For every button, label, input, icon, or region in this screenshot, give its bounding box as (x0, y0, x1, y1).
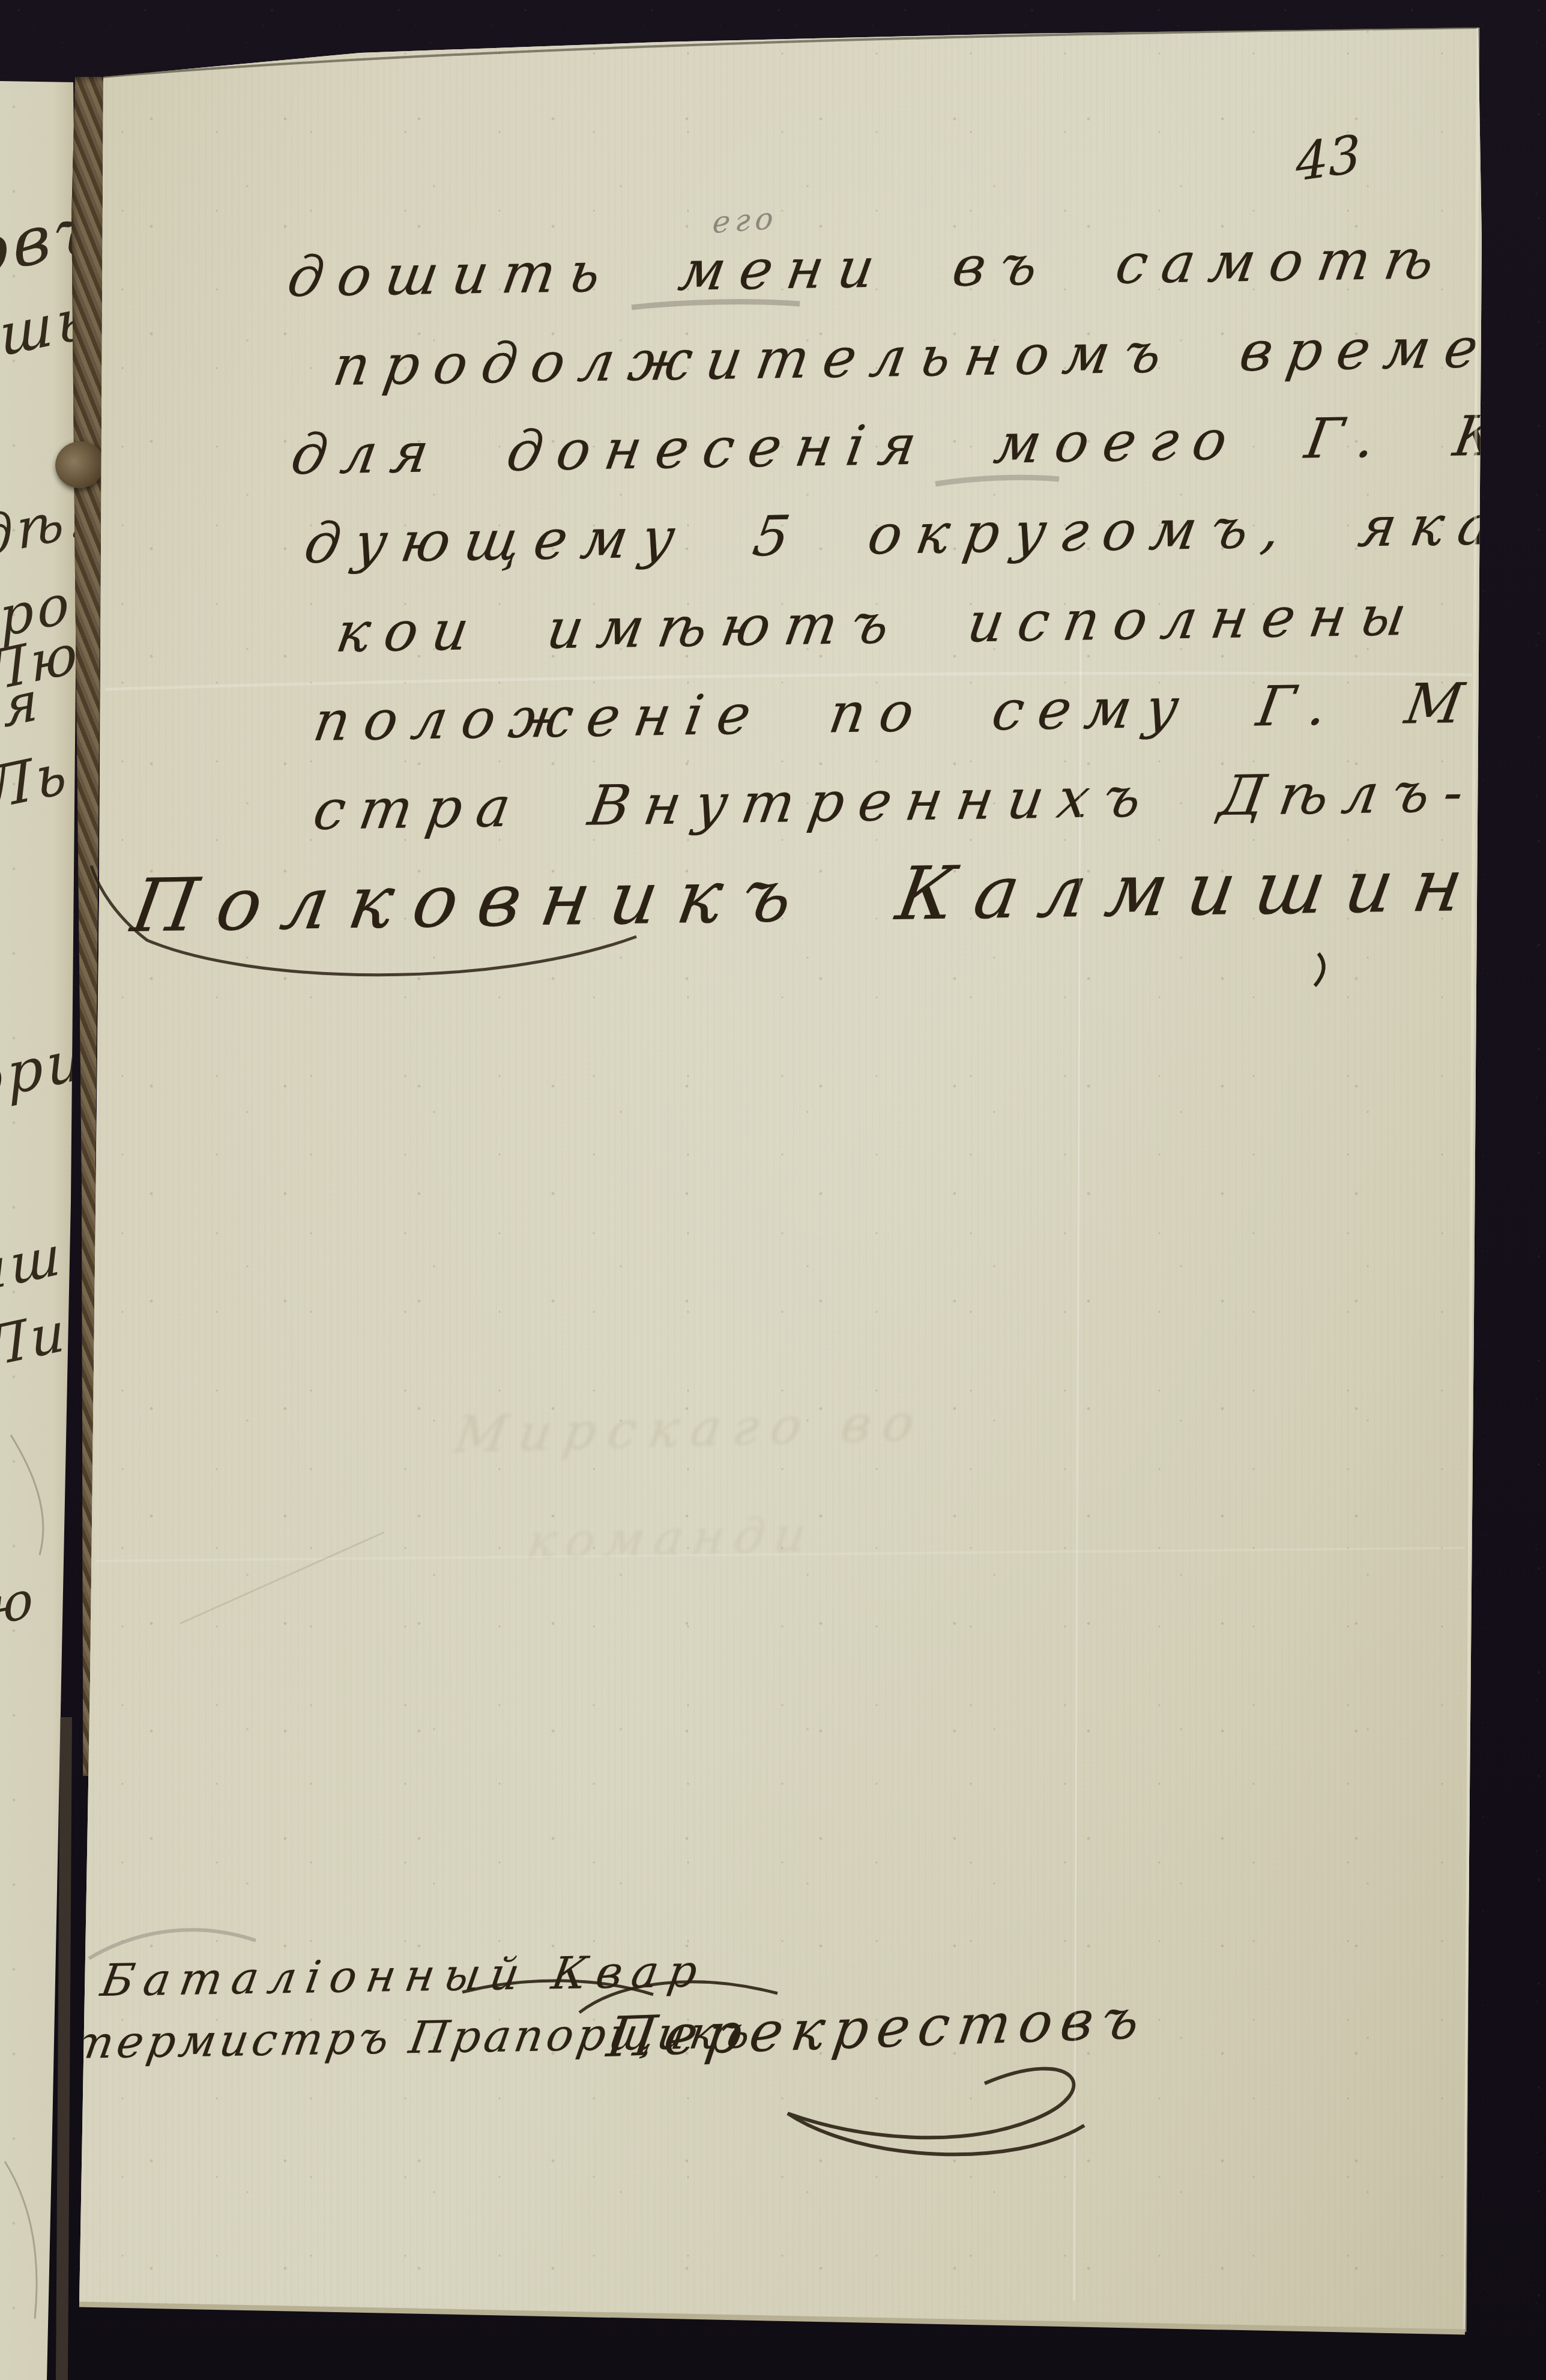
archival-scan: овъ ишь дѣ. еро Лю ая Ль юри иш Ли ю 43 … (0, 0, 1546, 2380)
right-edge-highlight (1465, 28, 1478, 2332)
bottom-edge-line (79, 2304, 1465, 2332)
signature-comma-flourish (1315, 953, 1324, 986)
top-edge-shadow (103, 28, 1478, 77)
name-end-flourish (788, 2068, 1084, 2154)
scan-marks-overlay (0, 0, 1546, 2380)
kvar-dash-flourish (462, 1981, 653, 1995)
surface-scratch (180, 1532, 384, 1623)
name-cap-swash (579, 1982, 778, 2013)
signature-flourish (91, 866, 636, 975)
horizontal-crease (105, 673, 1472, 689)
pencil-squiggle (89, 1930, 256, 1959)
sliver-crease (5, 2161, 37, 2319)
gutter-shadow (62, 1717, 66, 2380)
vertical-crease (1074, 635, 1081, 2301)
sliver-crease (11, 1435, 43, 1555)
pencil-underline (935, 477, 1059, 484)
horizontal-crease (96, 1548, 1465, 1561)
pencil-underline (632, 302, 800, 307)
